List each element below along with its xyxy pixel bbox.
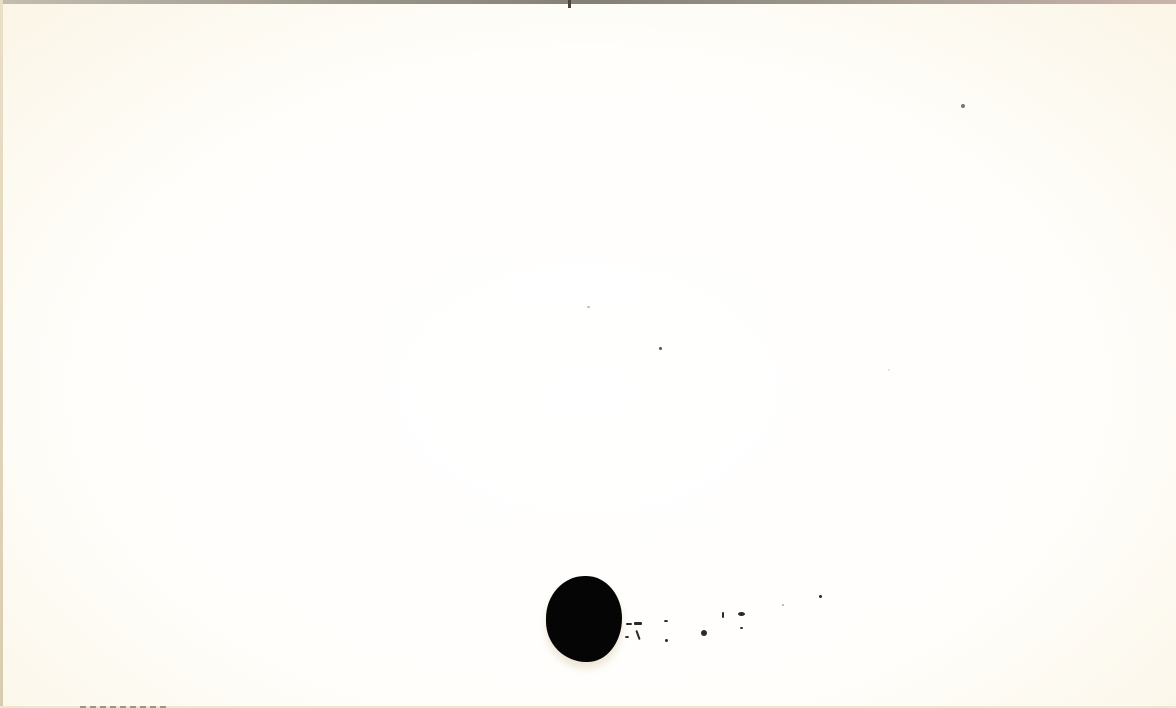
card-left-edge <box>0 0 3 708</box>
card-top-notch <box>568 0 571 8</box>
ink-blot <box>546 576 622 662</box>
scanned-card <box>0 0 1176 708</box>
card-top-edge <box>0 0 1176 4</box>
